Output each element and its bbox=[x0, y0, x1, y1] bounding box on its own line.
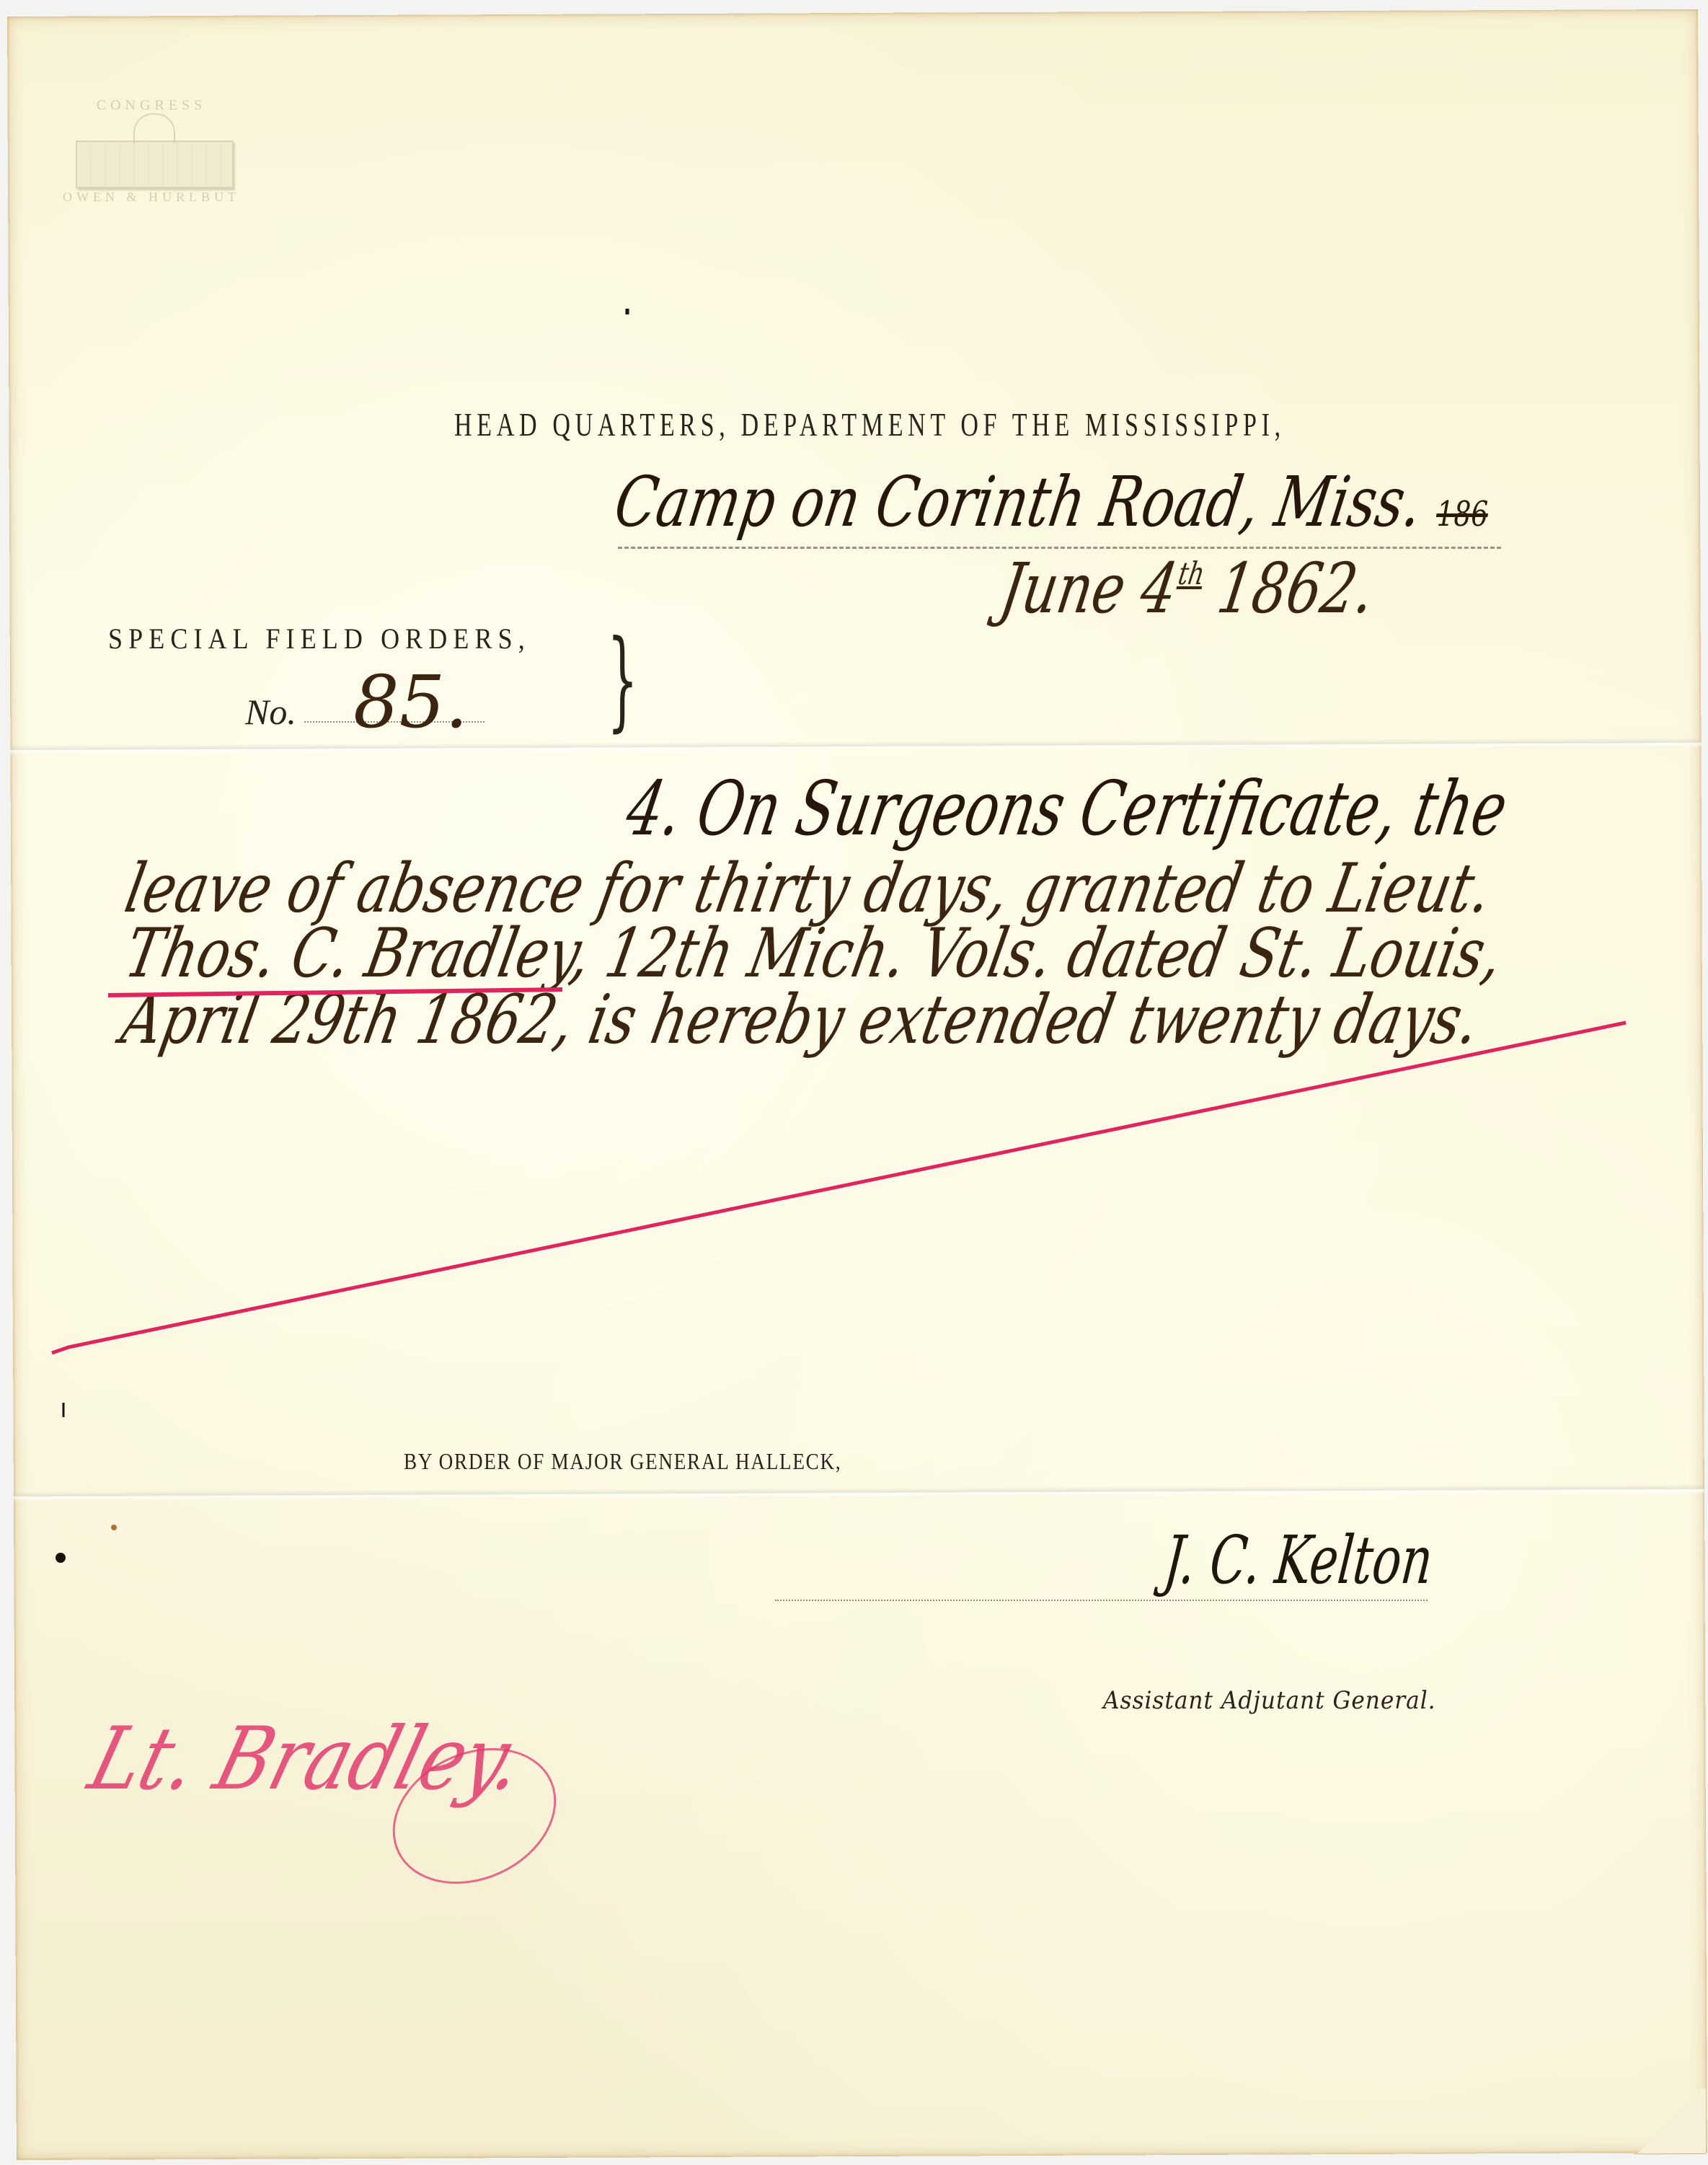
fold-crease-lower bbox=[14, 1484, 1704, 1502]
document-paper bbox=[7, 9, 1707, 2160]
capitol-dome-icon bbox=[133, 113, 175, 144]
date-day: June 4 bbox=[995, 548, 1183, 629]
handwritten-place: Camp on Corinth Road, Miss. 186 bbox=[609, 462, 1497, 542]
stamp-top-text: CONGRESS bbox=[58, 97, 245, 114]
date-year: 1862. bbox=[1212, 548, 1380, 629]
special-field-orders-label: SPECIAL FIELD ORDERS, bbox=[108, 622, 531, 656]
folded-corner bbox=[1634, 2089, 1706, 2154]
fold-crease-upper bbox=[10, 738, 1701, 755]
embossed-stationer-stamp: CONGRESS OWEN & HURLBUT bbox=[58, 97, 245, 206]
place-text: Camp on Corinth Road, Miss. bbox=[609, 462, 1428, 542]
number-label: No. bbox=[245, 691, 296, 733]
struck-year-prefix: 186 bbox=[1433, 494, 1492, 534]
date-ordinal: th bbox=[1176, 556, 1208, 592]
body-line-4: April 29th 1862, is hereby extended twen… bbox=[115, 981, 1486, 1059]
stamp-bottom-text: OWEN & HURLBUT bbox=[58, 190, 245, 205]
order-number: 85. bbox=[353, 660, 468, 744]
department-heading: HEAD QUARTERS, DEPARTMENT OF THE MISSISS… bbox=[454, 405, 1286, 444]
authority-line: BY ORDER OF MAJOR GENERAL HALLECK, bbox=[404, 1448, 841, 1475]
signer-title: Assistant Adjutant General. bbox=[1103, 1686, 1436, 1715]
signature: J. C. Kelton bbox=[1161, 1522, 1436, 1599]
capitol-building-icon bbox=[76, 141, 234, 188]
brace-glyph: } bbox=[607, 626, 620, 734]
handwritten-date: June 4th 1862. bbox=[995, 548, 1380, 629]
body-line-1: 4. On Surgeons Certificate, the bbox=[620, 764, 1514, 852]
signature-dotted-rule bbox=[775, 1600, 1428, 1601]
